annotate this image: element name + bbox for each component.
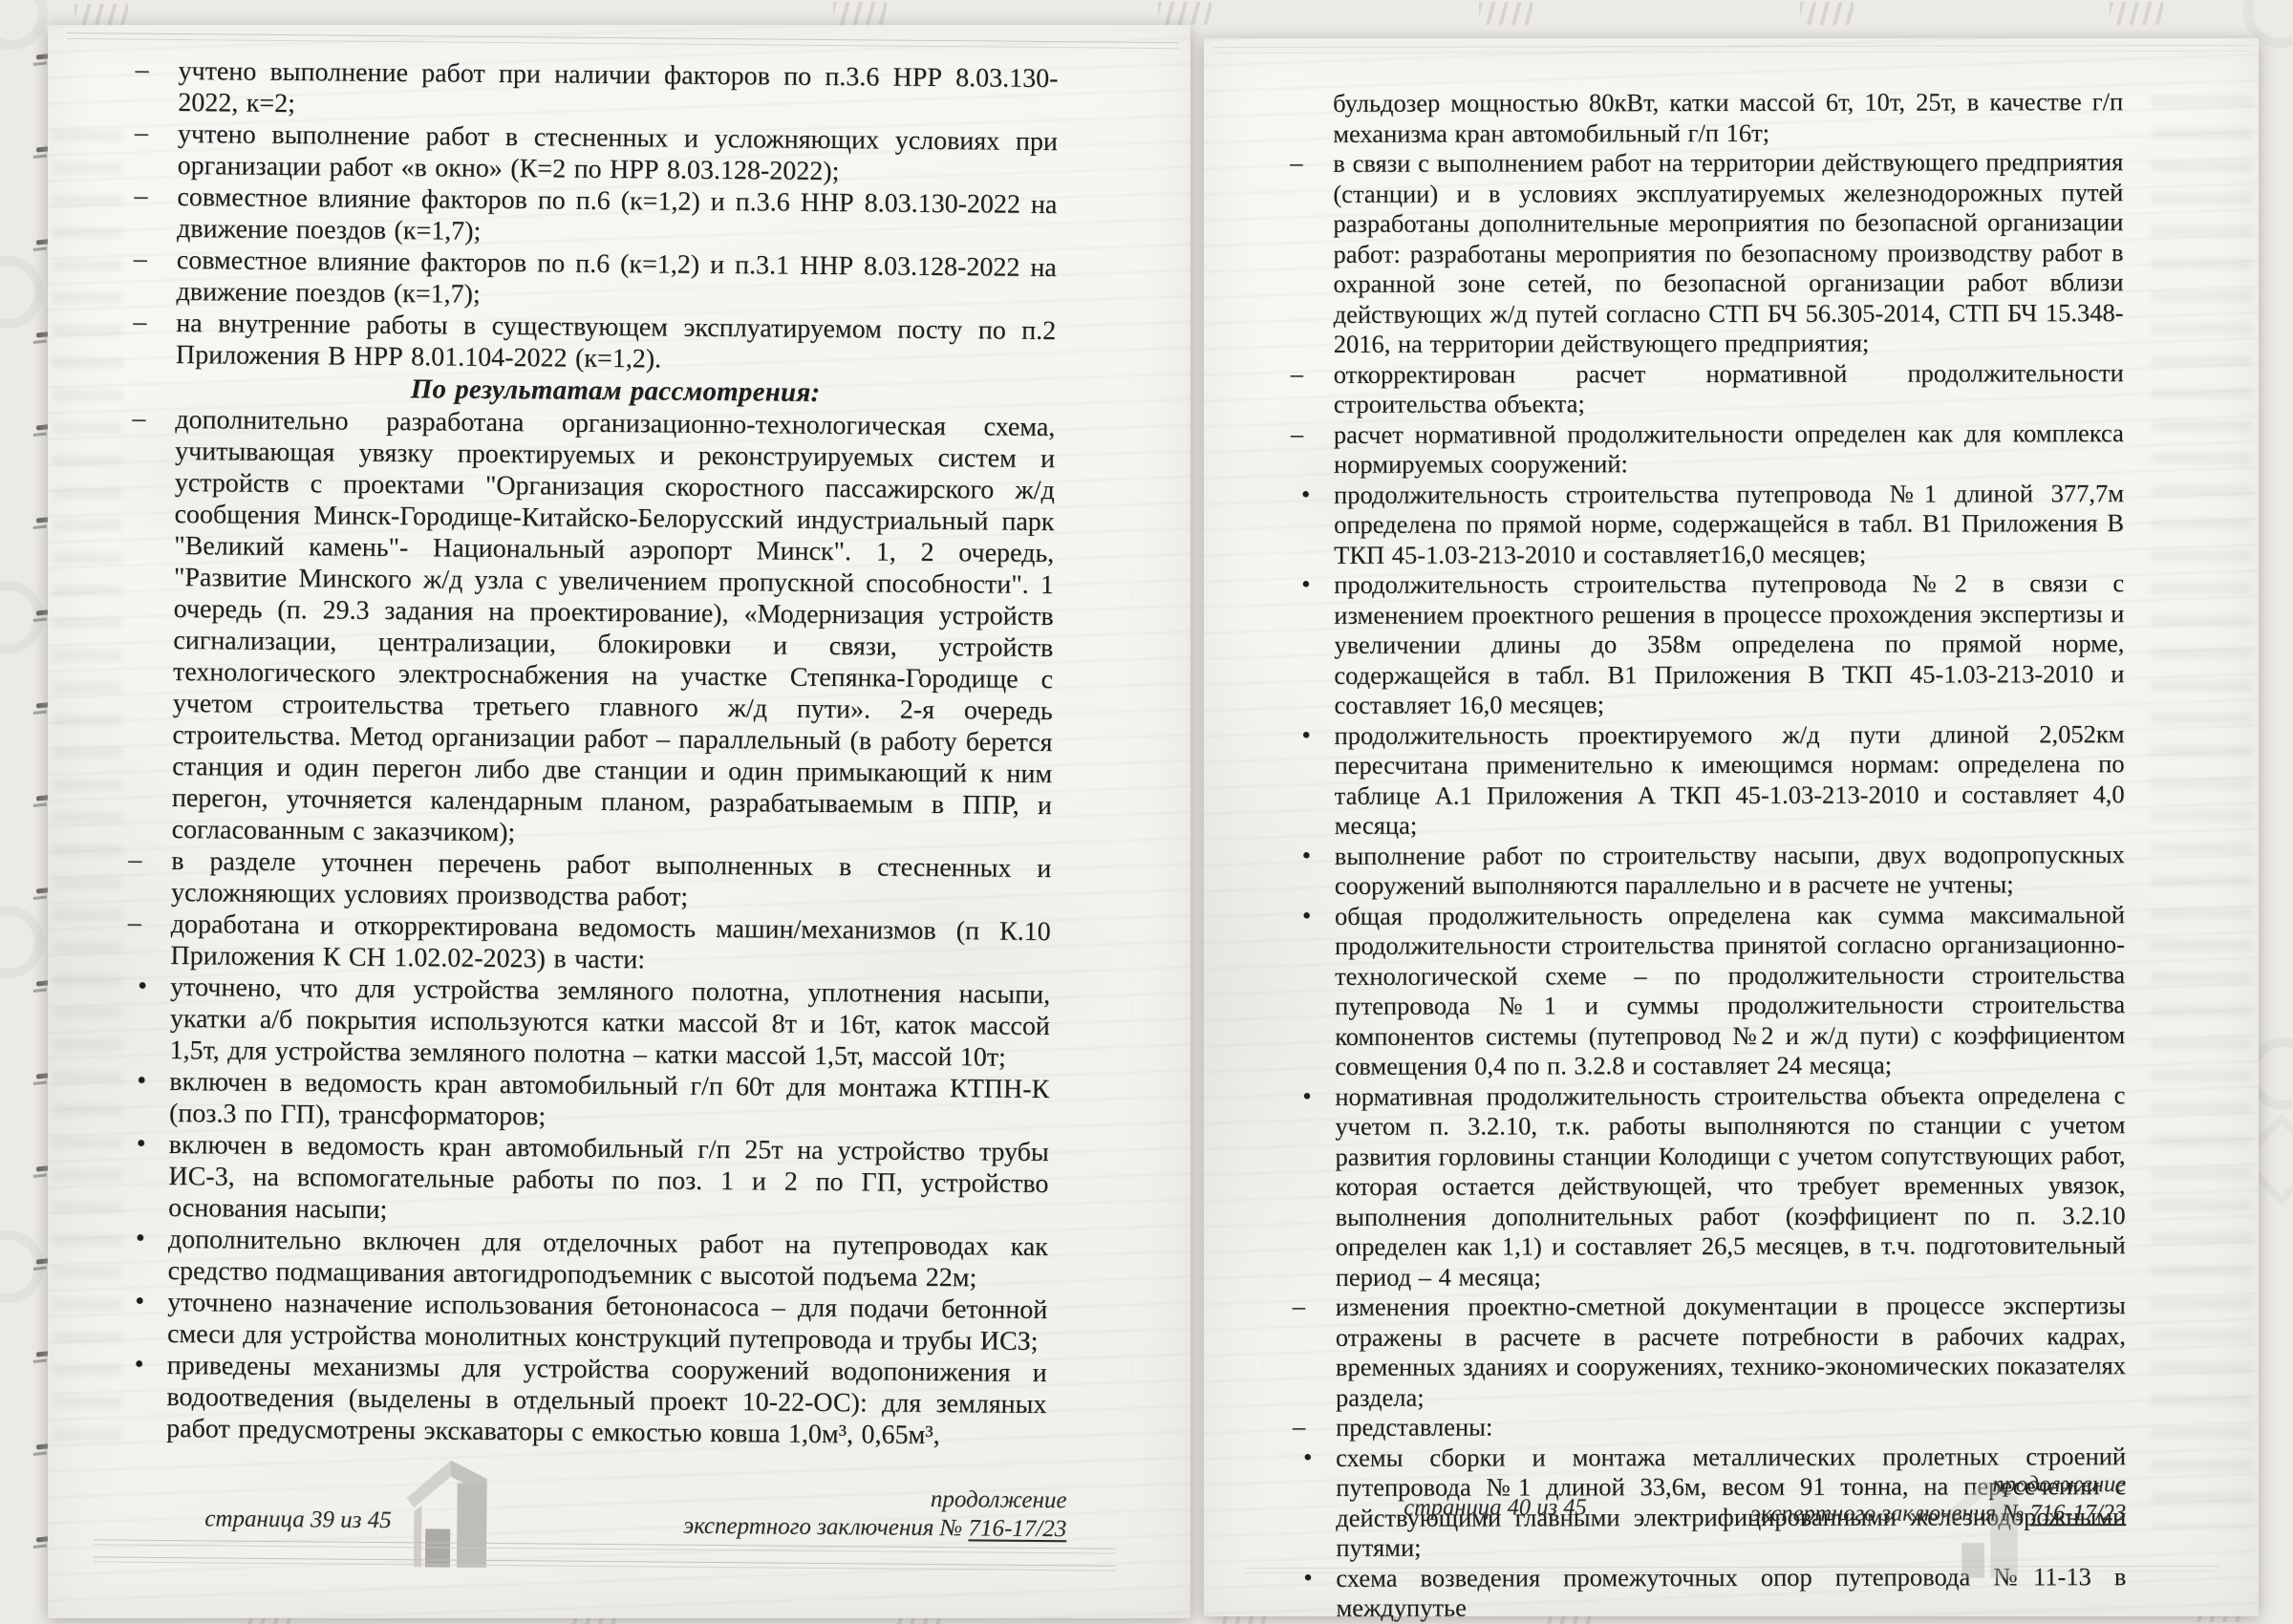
scanned-page-40: бульдозер мощностью 80кВт, катки массой … [1204,38,2259,1616]
list-item: –доработана и откорректирована ведомость… [125,908,1051,979]
conclusion-number: 716-17/23 [968,1515,1066,1542]
guilloche-pattern [0,0,48,50]
bullet-marker: • [1301,479,1310,509]
dash-marker: – [1291,418,1303,449]
list-item: –в разделе уточнен перечень работ выполн… [126,845,1052,916]
bullet-marker: • [1302,900,1311,930]
bullet-marker: • [138,971,147,1002]
continuation-note: продолжение экспертного заключения № 716… [683,1484,1067,1544]
list-item: •общая продолжительность определена как … [1290,900,2125,1082]
list-item-text: совместное влияние факторов по п.6 (к=1,… [176,246,1057,310]
list-item: –совместное влияние факторов по п.6 (к=1… [131,245,1057,315]
list-item: •уточнено, что для устройства земляного … [124,972,1050,1074]
list-item: –в связи с выполнением работ на территор… [1288,147,2123,359]
bullet-marker: • [135,1349,144,1380]
bullet-marker: • [1301,569,1310,600]
page-content: –учтено выполнение работ при наличии фак… [121,55,1059,1452]
bullet-marker: • [1302,1080,1311,1111]
page-number-label: страница 40 из 45 [1404,1494,1587,1521]
list-item: –представлены: [1291,1411,2126,1442]
dash-marker: – [128,844,141,876]
page-frame-line [1213,45,2251,53]
bullet-marker: • [137,1065,146,1097]
list-item-text: представлены: [1336,1413,1492,1442]
list-item: бульдозер мощностью 80кВт, катки массой … [1288,87,2123,149]
guilloche-pattern [1158,2,1211,25]
list-item: •выполнение работ по строительству насып… [1290,840,2125,902]
list-item-text: включен в ведомость кран автомобильный г… [169,1067,1050,1131]
scan-background: –учтено выполнение работ при наличии фак… [0,0,2293,1624]
dash-marker: – [1293,1412,1305,1442]
list-item-text: уточнено, что для устройства земляного п… [169,972,1050,1073]
bullet-marker: • [1301,719,1310,750]
list-item: •продолжительность строительства путепро… [1289,479,2124,570]
list-item: •продолжительность строительства путепро… [1289,568,2124,720]
conclusion-number: 716-17/23 [2029,1500,2126,1526]
dash-marker: – [134,244,147,275]
page-content: бульдозер мощностью 80кВт, катки массой … [1288,87,2126,1623]
page-frame-line [67,32,1179,49]
dash-marker: – [133,307,146,338]
list-item: –учтено выполнение работ при наличии фак… [133,55,1059,126]
list-item: •дополнительно включен для отделочных ра… [122,1224,1048,1294]
continuation-note: продолжение экспертного заключения № 716… [1750,1470,2126,1528]
scanned-page-39: –учтено выполнение работ при наличии фак… [48,25,1190,1618]
list-item-text: бульдозер мощностью 80кВт, катки массой … [1333,87,2123,147]
list-item-text: общая продолжительность определена как с… [1335,900,2125,1080]
bullet-marker: • [137,1128,146,1160]
list-item: –учтено выполнение работ в стесненных и … [133,118,1059,189]
guilloche-pattern [0,256,44,329]
list-item-text: включен в ведомость кран автомобильный г… [168,1130,1049,1225]
list-item-text: в разделе уточнен перечень работ выполне… [171,846,1052,912]
dash-marker: – [132,403,145,435]
list-item: •включен в ведомость кран автомобильный … [123,1129,1049,1231]
list-item-text: уточнено назначение использования бетоно… [167,1288,1048,1357]
bullet-marker: • [1303,1442,1312,1472]
list-item-text: учтено выполнение работ при наличии факт… [178,56,1059,118]
guilloche-pattern [833,2,887,25]
list-item-text: дополнительно разработана организационно… [172,405,1056,847]
dash-marker: – [134,181,147,212]
bullet-marker: • [1302,840,1311,870]
list-item: •уточнено назначение использования бетон… [122,1287,1048,1357]
list-item: –на внутренние работы в существующем экс… [131,308,1057,378]
continuation-line1: продолжение [1750,1470,2126,1500]
list-item-text: изменения проектно-сметной документации … [1336,1291,2126,1411]
list-item-text: совместное влияние факторов по п.6 (к=1,… [177,182,1058,246]
bullet-marker: • [136,1223,145,1254]
guilloche-pattern [1800,2,1854,25]
list-item-text: в связи с выполнением работ на территори… [1333,147,2123,358]
page-number-label: страница 39 из 45 [204,1506,392,1534]
list-item-text: дополнительно включен для отделочных раб… [167,1225,1048,1293]
list-item-text: продолжительность строительства путепров… [1334,568,2124,719]
list-item: •приведены механизмы для устройства соор… [121,1350,1047,1452]
list-item: –откорректирован расчет нормативной прод… [1289,358,2124,420]
list-item-text: приведены механизмы для устройства соору… [166,1351,1047,1450]
list-item: –совместное влияние факторов по п.6 (к=1… [132,182,1058,252]
continuation-line2: экспертного заключения № 716-17/23 [683,1512,1066,1544]
continuation-line2: экспертного заключения № 716-17/23 [1750,1499,2126,1528]
list-item-text: учтено выполнение работ в стесненных и у… [178,119,1059,186]
list-item-text: выполнение работ по строительству насыпи… [1335,840,2125,900]
list-item-text: продолжительность строительства путепров… [1334,479,2124,569]
dash-marker: – [1290,148,1302,179]
list-item-text: расчет нормативной продолжительности опр… [1334,418,2124,479]
dash-marker: – [128,908,141,939]
guilloche-pattern [0,906,44,978]
list-item: •продолжительность проектируемого ж/д пу… [1289,719,2124,842]
guilloche-pattern [0,581,44,653]
dash-marker: – [1293,1292,1305,1322]
dash-marker: – [135,54,148,86]
list-item-text: По результатам рассмотрения: [411,374,821,408]
list-item: –изменения проектно-сметной документации… [1291,1291,2126,1413]
list-item-text: на внутренние работы в существующем эксп… [176,309,1057,374]
dash-marker: – [135,118,148,149]
dash-marker: – [1291,358,1303,389]
list-item-text: нормативная продолжительность строительс… [1335,1080,2125,1292]
list-item: –дополнительно разработана организационн… [126,404,1055,853]
list-item: •нормативная продолжительность строитель… [1290,1080,2125,1293]
list-item-text: доработана и откорректирована ведомость … [170,909,1051,974]
continuation-line1: продолжение [683,1484,1066,1515]
guilloche-pattern [1479,2,1532,25]
list-item-text: продолжительность проектируемого ж/д пут… [1334,719,2124,840]
guilloche-pattern [2110,2,2163,25]
bullet-marker: • [135,1286,144,1317]
list-item: •включен в ведомость кран автомобильный … [124,1066,1050,1137]
list-item-text: откорректирован расчет нормативной продо… [1334,358,2124,418]
list-item: –расчет нормативной продолжительности оп… [1289,418,2124,481]
